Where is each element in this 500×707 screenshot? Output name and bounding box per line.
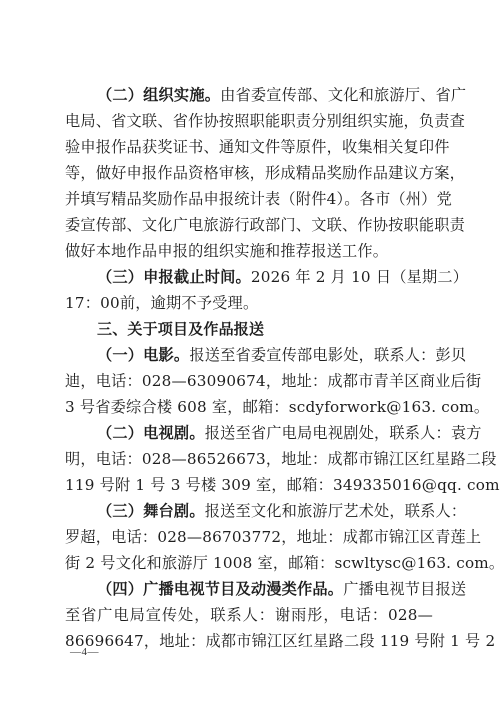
paragraph-line: 做好本地作品申报的组织实施和推荐报送工作。 xyxy=(65,238,433,264)
paragraph-line: 并填写精品奖励作品申报统计表（附件4）。各市（州）党 xyxy=(65,186,433,212)
paragraph-line: （三）舞台剧。报送至文化和旅游厅艺术处，联系人： xyxy=(97,498,433,524)
paragraph-line: （四）广播电视节目及动漫类作品。广播电视节目报送 xyxy=(97,576,433,602)
item-lead: （三）舞台剧。 xyxy=(97,502,205,520)
paragraph-line: 3 号省委综合楼 608 室，邮箱：scdyforwork@163. com。 xyxy=(65,394,433,420)
paragraph-line: 17：00前，逾期不予受理。 xyxy=(65,290,433,316)
paragraph-line: 迪，电话：028—63090674，地址：成都市青羊区商业后街 xyxy=(65,368,433,394)
paragraph-line: 86696647，地址：成都市锦江区红星路二段 119 号附 1 号 2 xyxy=(65,628,433,654)
item-lead: （二）电视剧。 xyxy=(97,424,205,442)
paragraph-line: （二）组织实施。由省委宣传部、文化和旅游厅、省广 xyxy=(97,82,433,108)
paragraph-line: （一）电影。报送至省委宣传部电影处，联系人：彭贝 xyxy=(97,342,433,368)
item-lead: （一）电影。 xyxy=(97,346,189,364)
paragraph-line: 委宣传部、文化广电旅游行政部门、文联、作协按职能职责 xyxy=(65,212,433,238)
paragraph-line: 电局、省文联、省作协按照职能职责分别组织实施，负责查 xyxy=(65,108,433,134)
paragraph-lead: （二）组织实施。 xyxy=(97,86,220,104)
section-heading: 三、关于项目及作品报送 xyxy=(97,316,433,342)
paragraph-line: 等，做好申报作品资格审核，形成精品奖励作品建议方案， xyxy=(65,160,433,186)
paragraph-line: 119 号附 1 号 3 号楼 309 室，邮箱：349335016@qq. c… xyxy=(65,472,433,498)
paragraph-line: 明，电话：028—86526673，地址：成都市锦江区红星路二段 xyxy=(65,446,433,472)
paragraph-line: 至省广电局宣传处，联系人：谢雨彤，电话：028— xyxy=(65,602,433,628)
document-page: （二）组织实施。由省委宣传部、文化和旅游厅、省广 电局、省文联、省作协按照职能职… xyxy=(0,0,500,707)
paragraph-line: 验申报作品获奖证书、通知文件等原件，收集相关复印件 xyxy=(65,134,433,160)
paragraph-line: （二）电视剧。报送至省广电局电视剧处，联系人：袁方 xyxy=(97,420,433,446)
paragraph-line: 街 2 号文化和旅游厅 1008 室，邮箱：scwltysc@163. com。 xyxy=(65,550,433,576)
paragraph-line: （三）申报截止时间。2026 年 2 月 10 日（星期二） xyxy=(97,264,433,290)
page-number: —4— xyxy=(70,646,99,658)
paragraph-lead: （三）申报截止时间。 xyxy=(97,268,251,286)
item-lead: （四）广播电视节目及动漫类作品。 xyxy=(97,580,343,598)
paragraph-line: 罗超，电话：028—86703772，地址：成都市锦江区青莲上 xyxy=(65,524,433,550)
